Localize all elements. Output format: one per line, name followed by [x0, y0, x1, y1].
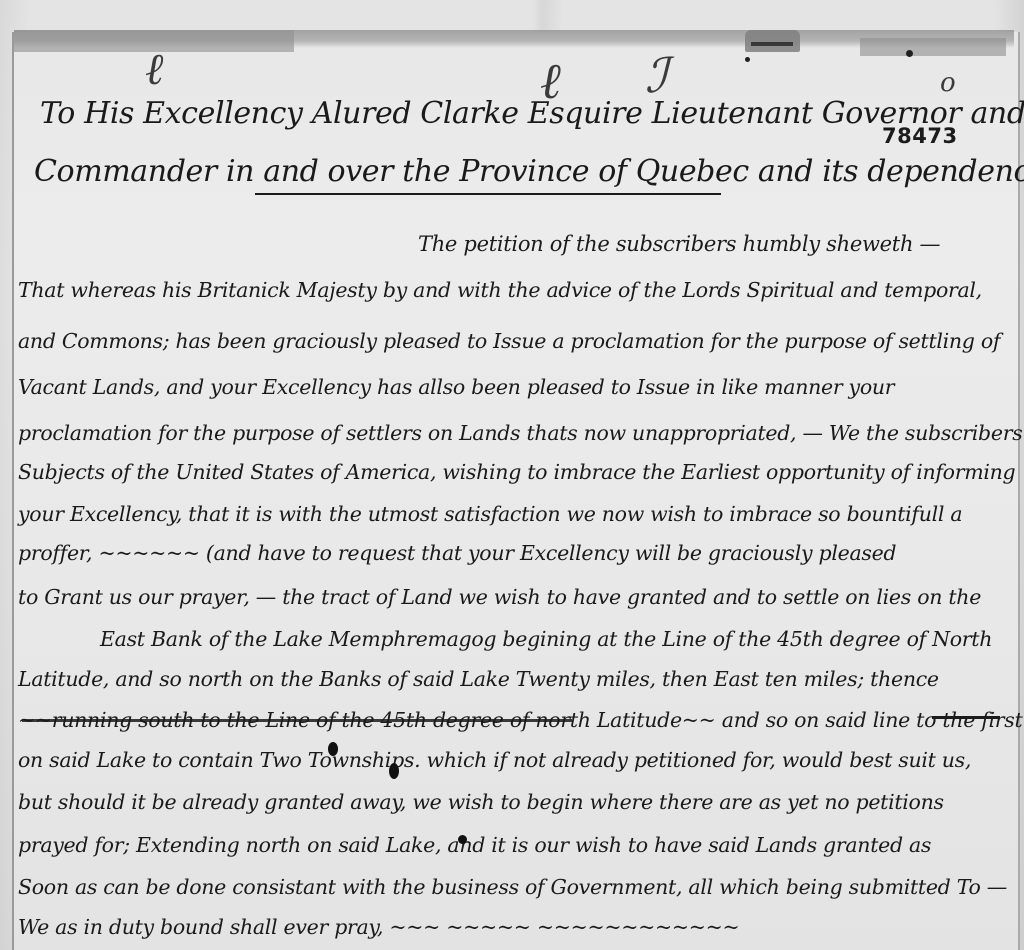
body-line-2: and Commons; has been graciously pleased…: [18, 329, 1000, 353]
paper-tear: [745, 30, 800, 52]
ink-blot: [458, 835, 467, 844]
body-line-4: proclamation for the purpose of settlers…: [18, 421, 1022, 445]
ink-spot: [906, 50, 913, 57]
body-line-9: East Bank of the Lake Memphremagog begin…: [100, 627, 992, 651]
body-line-7: proffer, ~~~~~~ (and have to request tha…: [18, 541, 896, 565]
body-line-16: We as in duty bound shall ever pray, ~~~…: [18, 915, 739, 939]
body-line-12: on said Lake to contain Two Townships. w…: [18, 748, 971, 772]
body-line-6: your Excellency, that it is with the utm…: [18, 502, 962, 526]
body-line-13: but should it be already granted away, w…: [18, 790, 944, 814]
body-line-14: prayed for; Extending north on said Lake…: [18, 833, 931, 857]
preamble: The petition of the subscribers humbly s…: [418, 232, 940, 256]
heading-line-1: To His Excellency Alured Clarke Esquire …: [40, 96, 1024, 131]
body-line-1: That whereas his Britanick Majesty by an…: [18, 278, 982, 302]
strikethrough-mark: [22, 719, 572, 722]
strikethrough-mark: [932, 716, 1000, 719]
heading-line-2: Commander in and over the Province of Qu…: [34, 154, 1024, 189]
ink-spot: [745, 57, 750, 62]
ink-blot: [389, 763, 399, 779]
reference-number: 78473: [882, 124, 958, 148]
heading-underline: [255, 193, 721, 195]
body-line-8: to Grant us our prayer, — the tract of L…: [18, 585, 981, 609]
binding-strip-right: [860, 38, 1006, 56]
body-line-3: Vacant Lands, and your Excellency has al…: [18, 375, 894, 399]
flourish-ornament: ℓ: [145, 44, 163, 95]
flourish-ornament: o: [940, 68, 956, 98]
body-line-10: Latitude, and so north on the Banks of s…: [18, 667, 939, 691]
ink-blot: [328, 742, 338, 756]
body-line-5: Subjects of the United States of America…: [18, 460, 1015, 484]
body-line-15: Soon as can be done consistant with the …: [18, 875, 1007, 899]
